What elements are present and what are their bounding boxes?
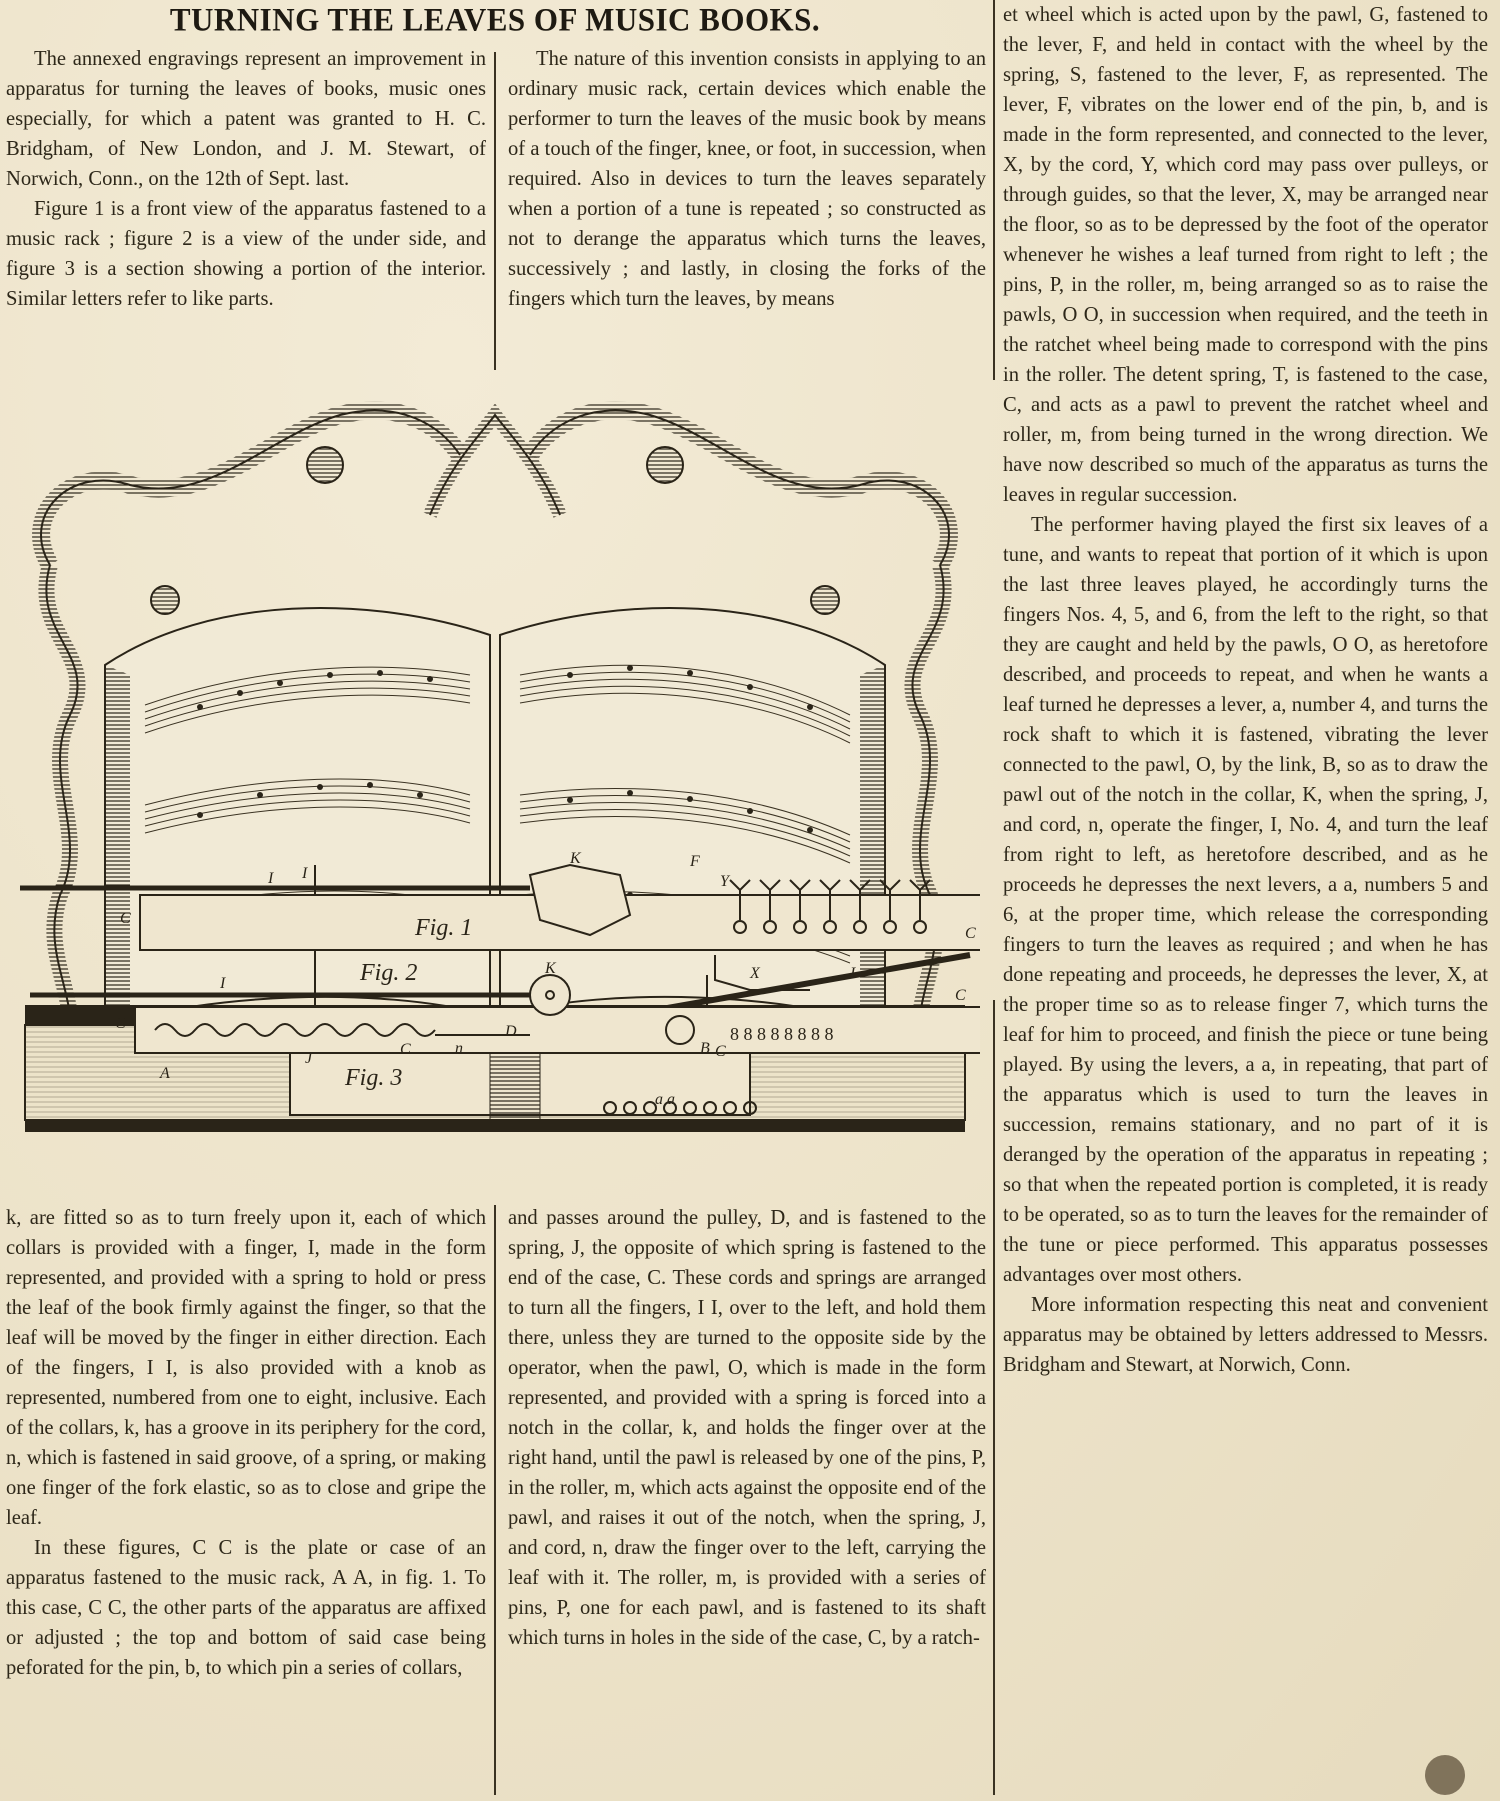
column-2-top: The nature of this invention consists in… [508, 44, 986, 314]
fig2-label-c-end: C [965, 925, 976, 943]
fig2-label-c: C [120, 910, 131, 928]
fig3-label-j: J [305, 1050, 312, 1068]
fig3-label-b: B [700, 1040, 710, 1058]
label-levers-a: a a [655, 1091, 675, 1109]
column-rule-4 [993, 1000, 995, 1795]
fig3-label-c-end: C [955, 987, 966, 1005]
label-case-c-right: C [715, 1043, 726, 1061]
music-rack-engraving: 8 8 8 8 8 8 8 8 [10, 375, 980, 1195]
fig3-label-d: D [505, 1023, 517, 1041]
open-music-book [105, 608, 885, 1035]
paragraph: In these figures, C C is the plate or ca… [6, 1533, 486, 1683]
fig2-label-y: Y [720, 873, 729, 891]
label-finger-i: I [302, 865, 307, 883]
column-1-bottom: k, are fitted so as to turn freely upon … [6, 1203, 486, 1683]
label-rack-a: A [160, 1065, 170, 1083]
fig2-label-i: I [268, 870, 273, 888]
column-2-bottom: and passes around the pulley, D, and is … [508, 1203, 986, 1653]
engraving-figures: 8 8 8 8 8 8 8 8 Fig. 1 Fig. 2 Fig. 3 A C… [10, 375, 980, 1195]
fig2-label-f: F [690, 853, 700, 871]
fig2-label-x: X [750, 965, 760, 983]
column-rule-1 [494, 52, 496, 370]
column-1-top: The annexed engravings represent an impr… [6, 44, 486, 314]
label-case-c-left: C [400, 1041, 411, 1059]
fig3-label-c: C [115, 1015, 126, 1033]
column-rule-2 [993, 0, 995, 380]
paragraph: The annexed engravings represent an impr… [6, 44, 486, 194]
fig2-caption: Fig. 2 [360, 960, 417, 987]
fig3-label-k: K [545, 960, 556, 978]
paragraph: More information respecting this neat an… [1003, 1290, 1488, 1380]
paragraph: k, are fitted so as to turn freely upon … [6, 1203, 486, 1533]
paragraph: et wheel which is acted upon by the pawl… [1003, 0, 1488, 510]
fig3-caption: Fig. 3 [345, 1065, 402, 1092]
article-headline: TURNING THE LEAVES OF MUSIC BOOKS. [0, 1, 990, 39]
paragraph: and passes around the pulley, D, and is … [508, 1203, 986, 1653]
svg-text:8 8 8 8 8 8 8 8: 8 8 8 8 8 8 8 8 [730, 1024, 834, 1044]
fig3-label-i: I [220, 975, 225, 993]
fig3-label-n: n [455, 1040, 463, 1058]
fig2-label-i-right: I [850, 965, 855, 983]
paper-stain [1425, 1755, 1465, 1795]
fig1-caption: Fig. 1 [415, 915, 472, 942]
column-3: et wheel which is acted upon by the pawl… [1003, 0, 1488, 1380]
column-rule-3 [494, 1205, 496, 1795]
paragraph: Figure 1 is a front view of the apparatu… [6, 194, 486, 314]
paragraph: The performer having played the first si… [1003, 510, 1488, 1290]
fig2-label-k: K [570, 850, 581, 868]
paragraph: The nature of this invention consists in… [508, 44, 986, 314]
